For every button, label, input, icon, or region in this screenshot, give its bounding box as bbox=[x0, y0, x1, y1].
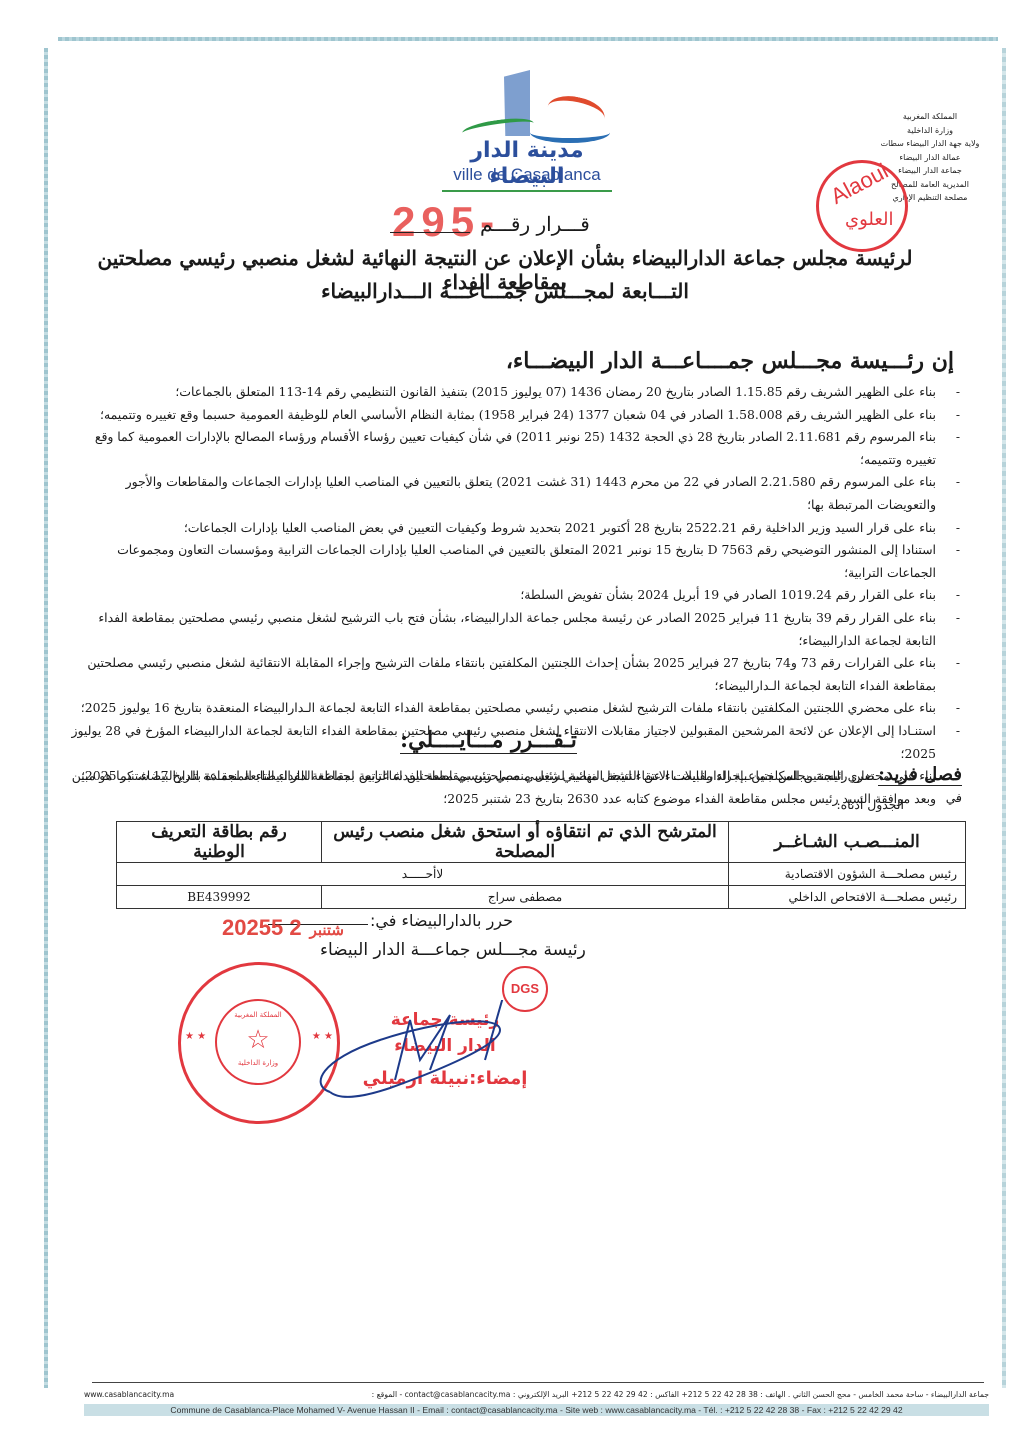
alaoui-stamp: Alaoui العلوي bbox=[816, 160, 908, 252]
document-title-line2: التـــابعة لمجـــلس جمـــاعـــة الـــدار… bbox=[60, 279, 950, 303]
logo-french-name: ville de Casablanca bbox=[442, 165, 612, 185]
stamp-stars-left: ★ ★ bbox=[185, 1031, 206, 1042]
decision-label: قـــرار رقـــم bbox=[480, 212, 590, 236]
clause-item: بناء على المرسوم رقم 2.21.580 الصادر في … bbox=[66, 471, 966, 516]
date-stamp: 2025شتنبر2 5 bbox=[222, 915, 352, 941]
footer-arabic: www.casablancacity.ma جماعة الدارالبيضاء… bbox=[84, 1390, 989, 1399]
handwritten-signature bbox=[300, 1000, 520, 1110]
results-table: المنـــصـب الشـاغــر المترشح الذي تم انت… bbox=[116, 821, 966, 909]
article-label: فصل فريد: bbox=[878, 764, 962, 786]
clause-item: بناء على قرار السيد وزير الداخلية رقم 25… bbox=[66, 517, 966, 540]
signed-at-label: حرر بالدارالبيضاء في: bbox=[370, 911, 513, 930]
clause-item: بناء على القرار رقم 1019.24 الصادر في 19… bbox=[66, 584, 966, 607]
table-row: رئيس مصلحـــة الافتحاص الداخلي مصطفى سرا… bbox=[117, 886, 966, 909]
table-row: رئيس مصلحـــة الشؤون الاقتصادية لاأحــــ… bbox=[117, 863, 966, 886]
decides-heading: تـقـــرر مـــايــــلي: bbox=[400, 727, 577, 754]
stamp-inner-ring: المملكة المغربية ☆ وزارة الداخلية bbox=[215, 999, 301, 1085]
decision-number-line bbox=[390, 232, 470, 233]
signer-title: رئيسة مجـــلس جماعـــة الدار البيضاء bbox=[320, 940, 586, 960]
ministry-line: المملكة المغربية bbox=[870, 110, 990, 124]
clause-item: بناء على الظهير الشريف رقم 1.58.008 الصا… bbox=[66, 404, 966, 427]
date-stamp-day: 2 5 bbox=[271, 915, 302, 940]
ministry-line: ولاية جهة الدار البيضاء سطات bbox=[870, 137, 990, 151]
clause-item: بناء على القرارات رقم 73 و74 بتاريخ 27 ف… bbox=[66, 652, 966, 697]
ministry-line: وزارة الداخلية bbox=[870, 124, 990, 138]
clause-item: استنادا إلى المنشور التوضيحي رقم D 7563 … bbox=[66, 539, 966, 584]
date-stamp-month: شتنبر bbox=[310, 922, 344, 939]
footer-rule bbox=[92, 1382, 984, 1383]
clause-item: بناء المرسوم رقم 2.11.681 الصادر بتاريخ … bbox=[66, 426, 966, 471]
table-header-row: المنـــصـب الشـاغــر المترشح الذي تم انت… bbox=[117, 822, 966, 863]
footer-website[interactable]: www.casablancacity.ma bbox=[84, 1390, 174, 1399]
cell-candidate: مصطفى سراج bbox=[322, 886, 729, 909]
table-intro: الجدول أدناه: bbox=[837, 797, 905, 812]
clause-item: بناء على الظهير الشريف رقم 1.15.85 الصاد… bbox=[66, 381, 966, 404]
cell-candidate: لاأحـــــد bbox=[117, 863, 729, 886]
header-vacant-position: المنـــصـب الشـاغــر bbox=[729, 822, 966, 863]
ministry-line: عمالة الدار البيضاء bbox=[870, 151, 990, 165]
clause-item: بناء على محضري اللجنتين المكلفتين بانتقا… bbox=[66, 697, 966, 720]
page-border-top bbox=[58, 37, 998, 41]
single-article: فصل فريد: تعلن رئيسة مجلس جماعــة الدارا… bbox=[62, 764, 962, 809]
preamble-heading: إن رئـــيسة مجـــلس جمــــاعـــة الدار ا… bbox=[506, 348, 954, 374]
cell-national-id: BE439992 bbox=[117, 886, 322, 909]
date-stamp-year: 2025 bbox=[222, 915, 271, 940]
stamp-inner-top-text: المملكة المغربية bbox=[217, 1011, 299, 1019]
header-national-id: رقم بطاقة التعريف الوطنية bbox=[117, 822, 322, 863]
clause-item: بناء على القرار رقم 39 بتاريخ 11 فبراير … bbox=[66, 607, 966, 652]
casablanca-logo: مدينة الدار البيضاء ville de Casablanca bbox=[432, 62, 612, 182]
stamp-inner-bottom-text: وزارة الداخلية bbox=[217, 1059, 299, 1067]
star-icon: ☆ bbox=[217, 1025, 299, 1055]
article-text: تعلن رئيسة مجلس جماعــة الدارالبيضــاء ع… bbox=[72, 768, 962, 805]
decision-number-row: 295- قـــرار رقـــم bbox=[330, 198, 610, 242]
page-border-left bbox=[44, 48, 48, 1388]
footer-arabic-address: جماعة الدارالبيضاء - ساحة محمد الخامس - … bbox=[372, 1390, 989, 1399]
footer-french: Commune de Casablanca-Place Mohamed V- A… bbox=[84, 1404, 989, 1416]
cell-position: رئيس مصلحـــة الشؤون الاقتصادية bbox=[729, 863, 966, 886]
cell-position: رئيس مصلحـــة الافتحاص الداخلي bbox=[729, 886, 966, 909]
alaoui-stamp-arabic: العلوي bbox=[845, 209, 894, 230]
page-border-right bbox=[1002, 48, 1006, 1388]
header-selected-candidate: المترشح الذي تم انتقاؤه أو استحق شغل منص… bbox=[322, 822, 729, 863]
alaoui-stamp-latin: Alaoui bbox=[826, 158, 892, 210]
